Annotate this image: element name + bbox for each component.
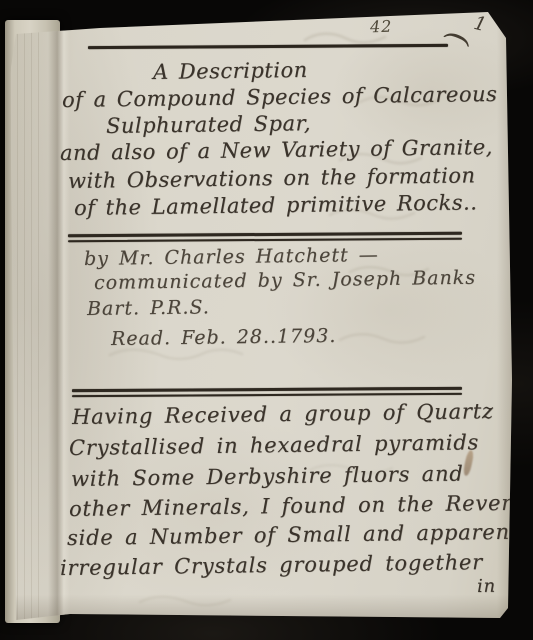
catchword: in bbox=[477, 576, 496, 597]
title-line: Sulphurated Spar, bbox=[106, 111, 311, 138]
attribution-line: Bart. P.R.S. bbox=[87, 296, 210, 320]
photographed-manuscript: { "document": { "folio_number": "42", "c… bbox=[0, 0, 533, 640]
attribution-line: by Mr. Charles Hatchett — bbox=[84, 244, 379, 270]
title-line: A Description bbox=[153, 58, 308, 84]
manuscript-page: 42 ( 1 A Description of a Compound Speci… bbox=[10, 10, 512, 622]
read-date-line: Read. Feb. 28..1793. bbox=[111, 325, 337, 350]
folio-number: 42 bbox=[370, 17, 393, 37]
corner-mark-number: 1 bbox=[472, 12, 489, 36]
corner-mark: ( 1 bbox=[452, 13, 498, 55]
